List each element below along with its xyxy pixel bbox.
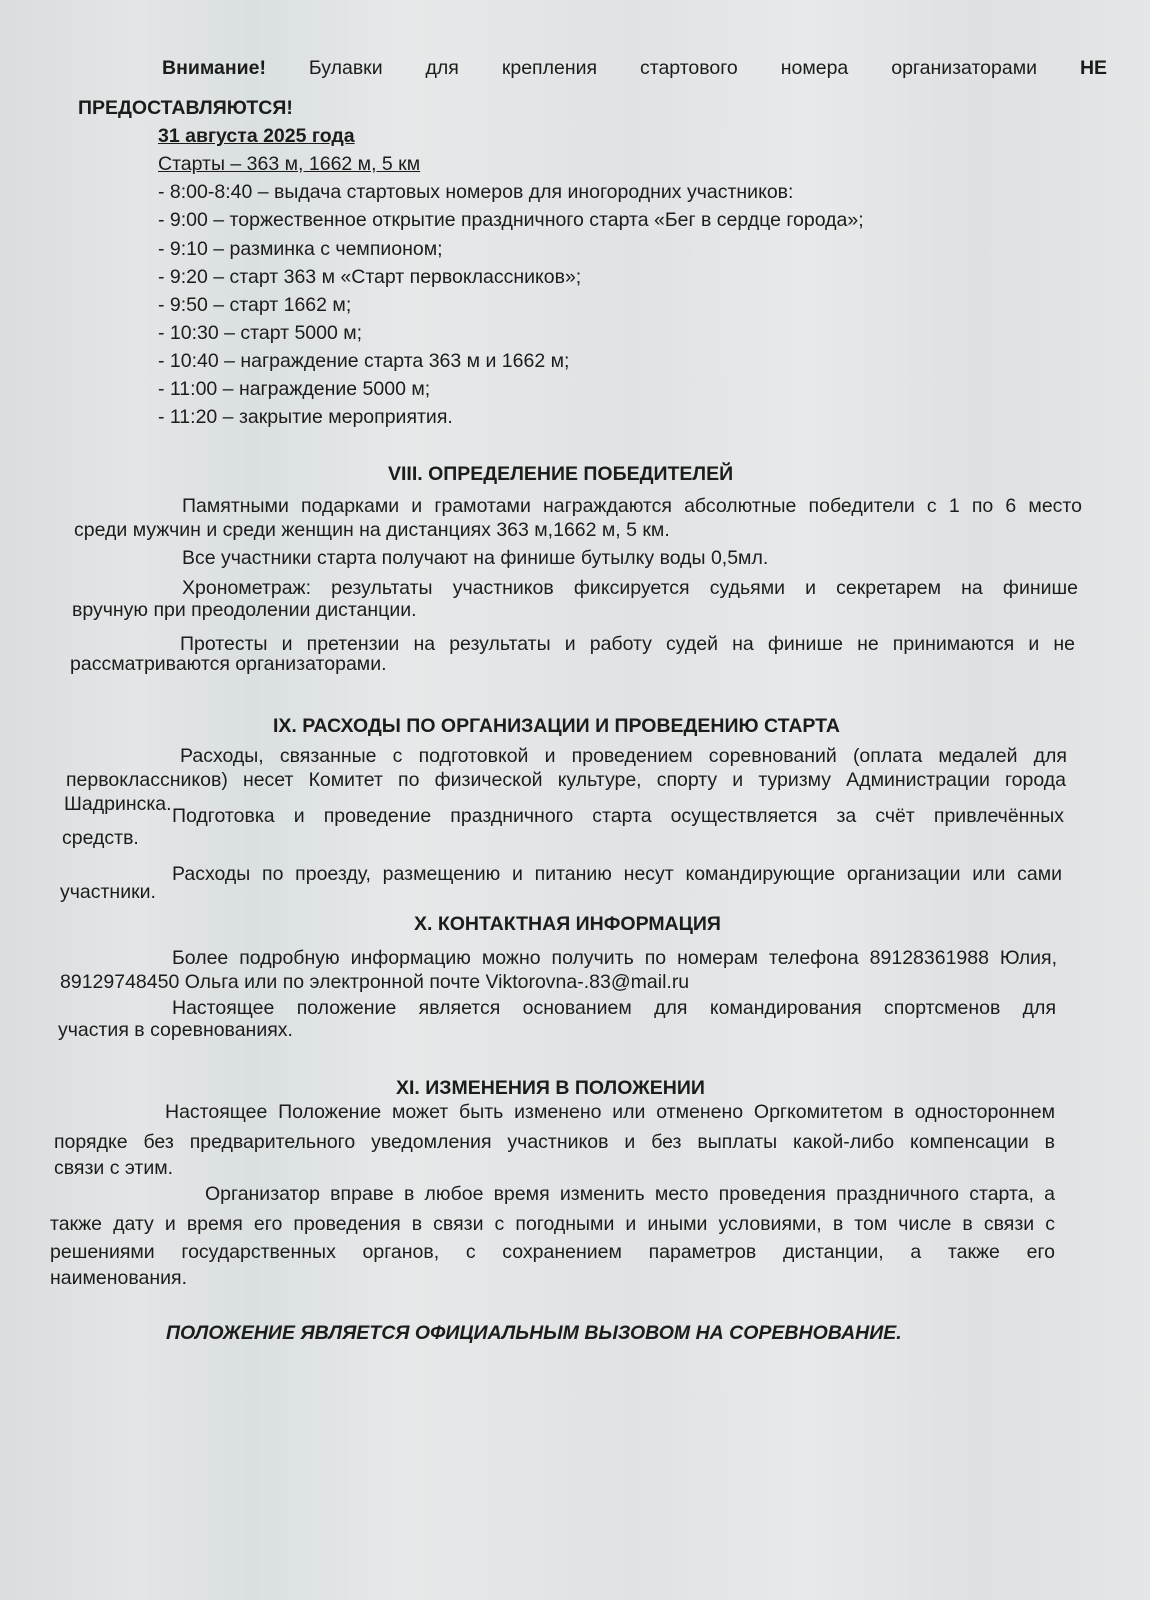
section-11-p1-end: связи с этим. [54, 1156, 173, 1180]
section-11-p2-end: наименования. [50, 1266, 187, 1290]
section-9-p2-cont: средств. [62, 826, 139, 850]
section-10-p1: Более подробную информацию можно получит… [172, 946, 1057, 970]
section-9-p1-end: Шадринска. [64, 792, 172, 816]
section-11-p2-b: также дату и время его проведения в связ… [50, 1212, 1055, 1236]
section-9-p3-cont: участники. [60, 880, 156, 904]
section-9-p3: Расходы по проезду, размещению и питанию… [172, 862, 1062, 886]
official-call-statement: ПОЛОЖЕНИЕ ЯВЛЯЕТСЯ ОФИЦИАЛЬНЫМ ВЫЗОВОМ Н… [166, 1322, 902, 1345]
section-9-p2: Подготовка и проведение праздничного ста… [172, 804, 1064, 828]
section-8-p4-cont: рассматриваются организаторами. [70, 652, 387, 676]
attention-label: Внимание! [162, 57, 266, 79]
section-8-p2: Все участники старта получают на финише … [182, 546, 768, 570]
section-10-title: X. КОНТАКТНАЯ ИНФОРМАЦИЯ [414, 912, 721, 936]
schedule-item: - 11:20 – закрытие мероприятия. [158, 405, 453, 429]
schedule-item: - 9:50 – старт 1662 м; [158, 293, 351, 317]
section-8-p3: Хронометраж: результаты участников фикси… [182, 576, 1078, 600]
event-date: 31 августа 2025 года [158, 124, 355, 148]
section-9-p1: Расходы, связанные с подготовкой и прове… [180, 744, 1067, 768]
section-10-p1-cont: 89129748450 Ольга или по электронной поч… [60, 970, 689, 994]
section-11-title: XI. ИЗМЕНЕНИЯ В ПОЛОЖЕНИИ [396, 1076, 705, 1100]
section-10-p2-cont: участия в соревнованиях. [58, 1018, 293, 1042]
notice-word: Булавки [309, 57, 383, 79]
schedule-item: - 9:20 – старт 363 м «Старт первоклассни… [158, 265, 581, 289]
notice-word: номера [781, 57, 849, 79]
section-9-title: IX. РАСХОДЫ ПО ОРГАНИЗАЦИИ И ПРОВЕДЕНИЮ … [273, 714, 840, 738]
section-8-title: VIII. ОПРЕДЕЛЕНИЕ ПОБЕДИТЕЛЕЙ [388, 462, 733, 486]
notice-word: крепления [502, 57, 597, 79]
schedule-item: - 9:00 – торжественное открытие празднич… [158, 208, 864, 232]
section-8-p1: Памятными подарками и грамотами награжда… [182, 494, 1082, 518]
section-11-p2: Организатор вправе в любое время изменит… [205, 1182, 1055, 1206]
notice-word: для [426, 57, 459, 79]
schedule-item: - 10:30 – старт 5000 м; [158, 321, 362, 345]
section-9-p1-cont: первоклассников) несет Комитет по физиче… [66, 768, 1066, 792]
section-8-p3-cont: вручную при преодолении дистанции. [72, 598, 417, 622]
document-page: Внимание! Булавки для крепления стартово… [0, 0, 1150, 1600]
pins-notice-line1: Внимание! Булавки для крепления стартово… [162, 56, 1107, 80]
schedule-item: - 10:40 – награждение старта 363 м и 166… [158, 349, 569, 373]
section-11-p1-cont: порядке без предварительного уведомления… [54, 1130, 1055, 1154]
schedule-item: - 9:10 – разминка с чемпионом; [158, 237, 443, 261]
schedule-item: - 8:00-8:40 – выдача стартовых номеров д… [158, 180, 793, 204]
section-10-p2: Настоящее положение является основанием … [172, 996, 1056, 1020]
section-8-p1-cont: среди мужчин и среди женщин на дистанция… [74, 518, 670, 542]
section-11-p1: Настоящее Положение может быть изменено … [165, 1100, 1055, 1124]
notice-word: НЕ [1080, 57, 1107, 79]
contact-phone-email: 89129748450 Ольга или по электронной поч… [60, 971, 689, 993]
starts-distances: Старты – 363 м, 1662 м, 5 км [158, 152, 420, 176]
schedule-item: - 11:00 – награждение 5000 м; [158, 377, 430, 401]
section-11-p2-c: решениями государственных органов, с сох… [50, 1240, 1055, 1264]
pins-notice-line2: ПРЕДОСТАВЛЯЮТСЯ! [78, 96, 293, 120]
notice-word: организаторами [891, 57, 1037, 79]
notice-word: стартового [640, 57, 738, 79]
